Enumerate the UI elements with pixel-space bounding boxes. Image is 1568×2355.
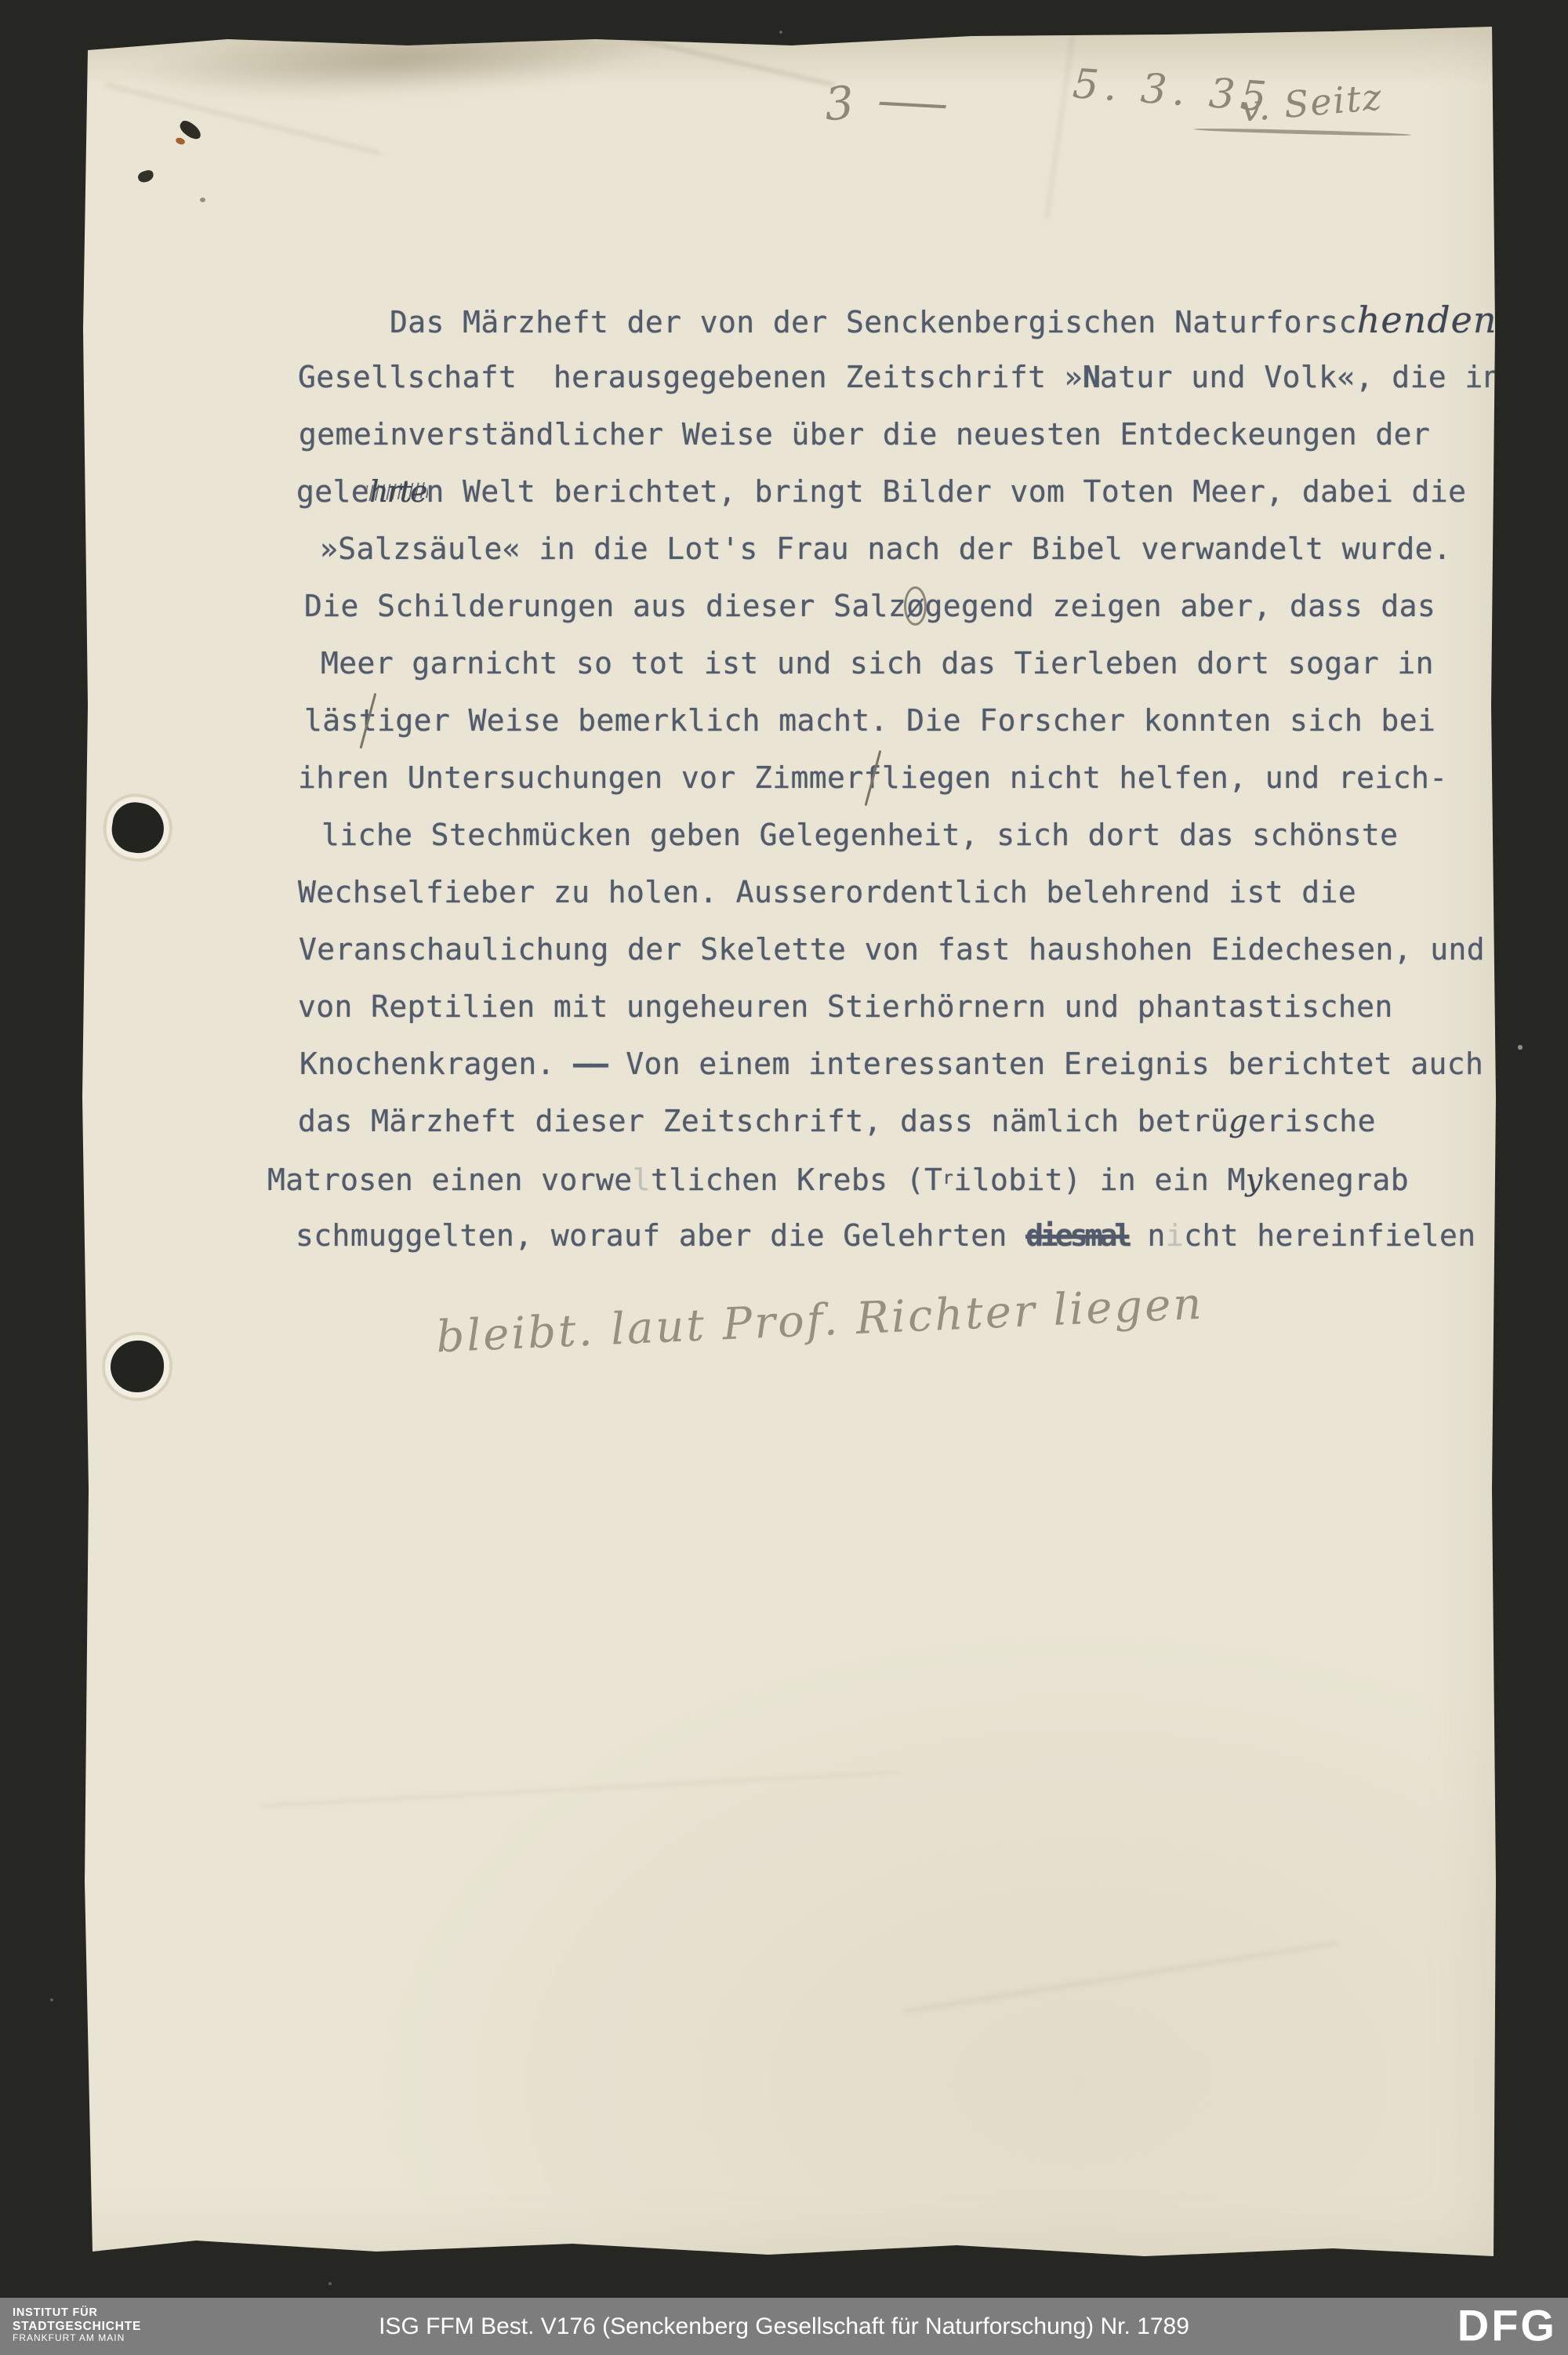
text-segment: r xyxy=(942,1168,953,1188)
text-segment: atur und Volk«, die in xyxy=(1100,360,1501,394)
page-number-annotation: 3 xyxy=(823,76,856,131)
archive-caption: ISG FFM Best. V176 (Senckenberg Gesellsc… xyxy=(0,2313,1568,2340)
text-segment: von Reptilien mit ungeheuren Stierhörner… xyxy=(298,989,1393,1024)
typescript: Das Märzheft der von der Senckenbergisch… xyxy=(298,292,1501,1265)
typescript-line: Wechselfieber zu holen. Ausserordentlich… xyxy=(298,864,1501,921)
text-segment: schmuggelten, worauf aber die Gelehrten xyxy=(296,1218,1025,1253)
text-segment: hrte xyxy=(369,474,426,509)
typescript-line: lästiger Weise bemerklich macht. Die For… xyxy=(304,692,1501,749)
typescript-line: ihren Untersuchungen vor Zimmerfliegen n… xyxy=(298,749,1501,807)
typescript-line: Die Schilderungen aus dieser Salzøgegend… xyxy=(304,578,1501,635)
paper-blemish xyxy=(200,198,205,202)
paper-crease xyxy=(259,1771,901,1808)
typescript-line: Meer garnicht so tot ist und sich das Ti… xyxy=(321,635,1501,692)
text-segment: ø xyxy=(906,589,924,623)
text-segment: Von einem interessanten Ereignis bericht… xyxy=(608,1047,1483,1081)
text-segment: diesmal xyxy=(1025,1218,1129,1253)
staple-mark xyxy=(137,169,155,184)
dfg-logo: DFG xyxy=(1457,2299,1557,2350)
text-segment: Das Märzheft der von der Senckenbergisch… xyxy=(390,305,1357,339)
text-segment: Veranschaulichung der Skelette von fast … xyxy=(299,932,1485,967)
paper-crease xyxy=(1045,32,1074,219)
text-segment: n Welt berichtet, bringt Bilder vom Tote… xyxy=(426,474,1467,509)
text-segment: t xyxy=(359,703,377,738)
typescript-line: Gesellschaft herausgegebenen Zeitschrift… xyxy=(298,349,1501,406)
typescript-line: Knochenkragen. —— Von einem interessante… xyxy=(299,1036,1501,1093)
margin-note-annotation: bleibt. laut Prof. Richter liegen xyxy=(435,1279,1205,1363)
text-segment: ilobit) in ein M xyxy=(953,1163,1245,1197)
typescript-line: das Märzheft dieser Zeitschrift, dass nä… xyxy=(298,1093,1501,1150)
text-segment: gemeinverständlicher Weise über die neue… xyxy=(299,417,1430,452)
text-segment: cht hereinfielen xyxy=(1184,1218,1475,1253)
text-segment: gegend zeigen aber, dass das xyxy=(924,589,1436,623)
typescript-line: Das Märzheft der von der Senckenbergisch… xyxy=(390,292,1501,349)
text-segment: y xyxy=(1246,1163,1263,1197)
punch-hole-bottom xyxy=(111,1341,164,1392)
document-page: 3 — 5. 3. 35 v. Seitz Das Märzheft der v… xyxy=(0,0,1499,2264)
dust-specks xyxy=(0,0,2,2)
text-segment: n xyxy=(1129,1218,1166,1253)
paper-crease xyxy=(904,1941,1338,2013)
text-segment: ihren Untersuchungen vor Zimmer xyxy=(298,760,864,795)
text-segment: —— xyxy=(573,1047,608,1081)
text-segment: f xyxy=(864,760,882,795)
text-segment: liegen nicht helfen, und reich- xyxy=(882,760,1448,795)
annotation-dash: — xyxy=(875,71,951,132)
text-segment: Wechselfieber zu holen. Ausserordentlich… xyxy=(298,875,1356,909)
text-segment: »Salzsäule« in die Lot's Frau nach der B… xyxy=(320,532,1451,566)
text-segment: läs xyxy=(304,703,359,738)
paper-curl-shadow xyxy=(76,15,723,143)
text-segment: das Märzheft dieser Zeitschrift, dass nä… xyxy=(298,1104,1229,1138)
typescript-line: gelehrten Welt berichtet, bringt Bilder … xyxy=(296,463,1501,521)
text-segment: henden xyxy=(1357,299,1497,341)
typescript-line: Matrosen einen vorweltlichen Krebs (Tril… xyxy=(267,1150,1501,1207)
text-segment: l xyxy=(633,1163,651,1197)
typescript-line: »Salzsäule« in die Lot's Frau nach der B… xyxy=(320,521,1501,578)
punch-hole-top xyxy=(109,800,167,857)
scan-background: 3 — 5. 3. 35 v. Seitz Das Märzheft der v… xyxy=(0,0,1568,2355)
typescript-line: gemeinverständlicher Weise über die neue… xyxy=(299,406,1501,463)
text-segment: iger Weise bemerklich macht. Die Forsche… xyxy=(377,703,1436,738)
text-segment: N xyxy=(1083,360,1100,394)
text-segment: Knochenkragen. xyxy=(299,1047,573,1081)
text-segment: tlichen Krebs (T xyxy=(651,1163,942,1197)
text-segment: kenegrab xyxy=(1263,1163,1409,1197)
text-segment: erische xyxy=(1248,1104,1376,1138)
text-segment: i xyxy=(1166,1218,1184,1253)
annotation-underline xyxy=(1193,127,1411,136)
text-segment: Gesellschaft herausgegebenen Zeitschrift… xyxy=(298,360,1083,394)
footer-bar: INSTITUT FÜR STADTGESCHICHTE FRANKFURT A… xyxy=(0,2298,1568,2355)
text-segment: Meer garnicht so tot ist und sich das Ti… xyxy=(321,646,1434,680)
text-segment: liche Stechmücken geben Gelegenheit, sic… xyxy=(321,818,1398,852)
text-segment: gele xyxy=(296,474,369,509)
typescript-line: von Reptilien mit ungeheuren Stierhörner… xyxy=(298,978,1501,1036)
text-segment: Die Schilderungen aus dieser Salz xyxy=(304,589,906,623)
rust-speck xyxy=(175,136,186,146)
typescript-line: liche Stechmücken geben Gelegenheit, sic… xyxy=(321,807,1501,864)
text-segment: g xyxy=(1229,1104,1248,1138)
typescript-line: Veranschaulichung der Skelette von fast … xyxy=(299,921,1501,978)
typescript-line: schmuggelten, worauf aber die Gelehrten … xyxy=(296,1207,1501,1265)
text-segment: Matrosen einen vorwe xyxy=(267,1163,633,1197)
